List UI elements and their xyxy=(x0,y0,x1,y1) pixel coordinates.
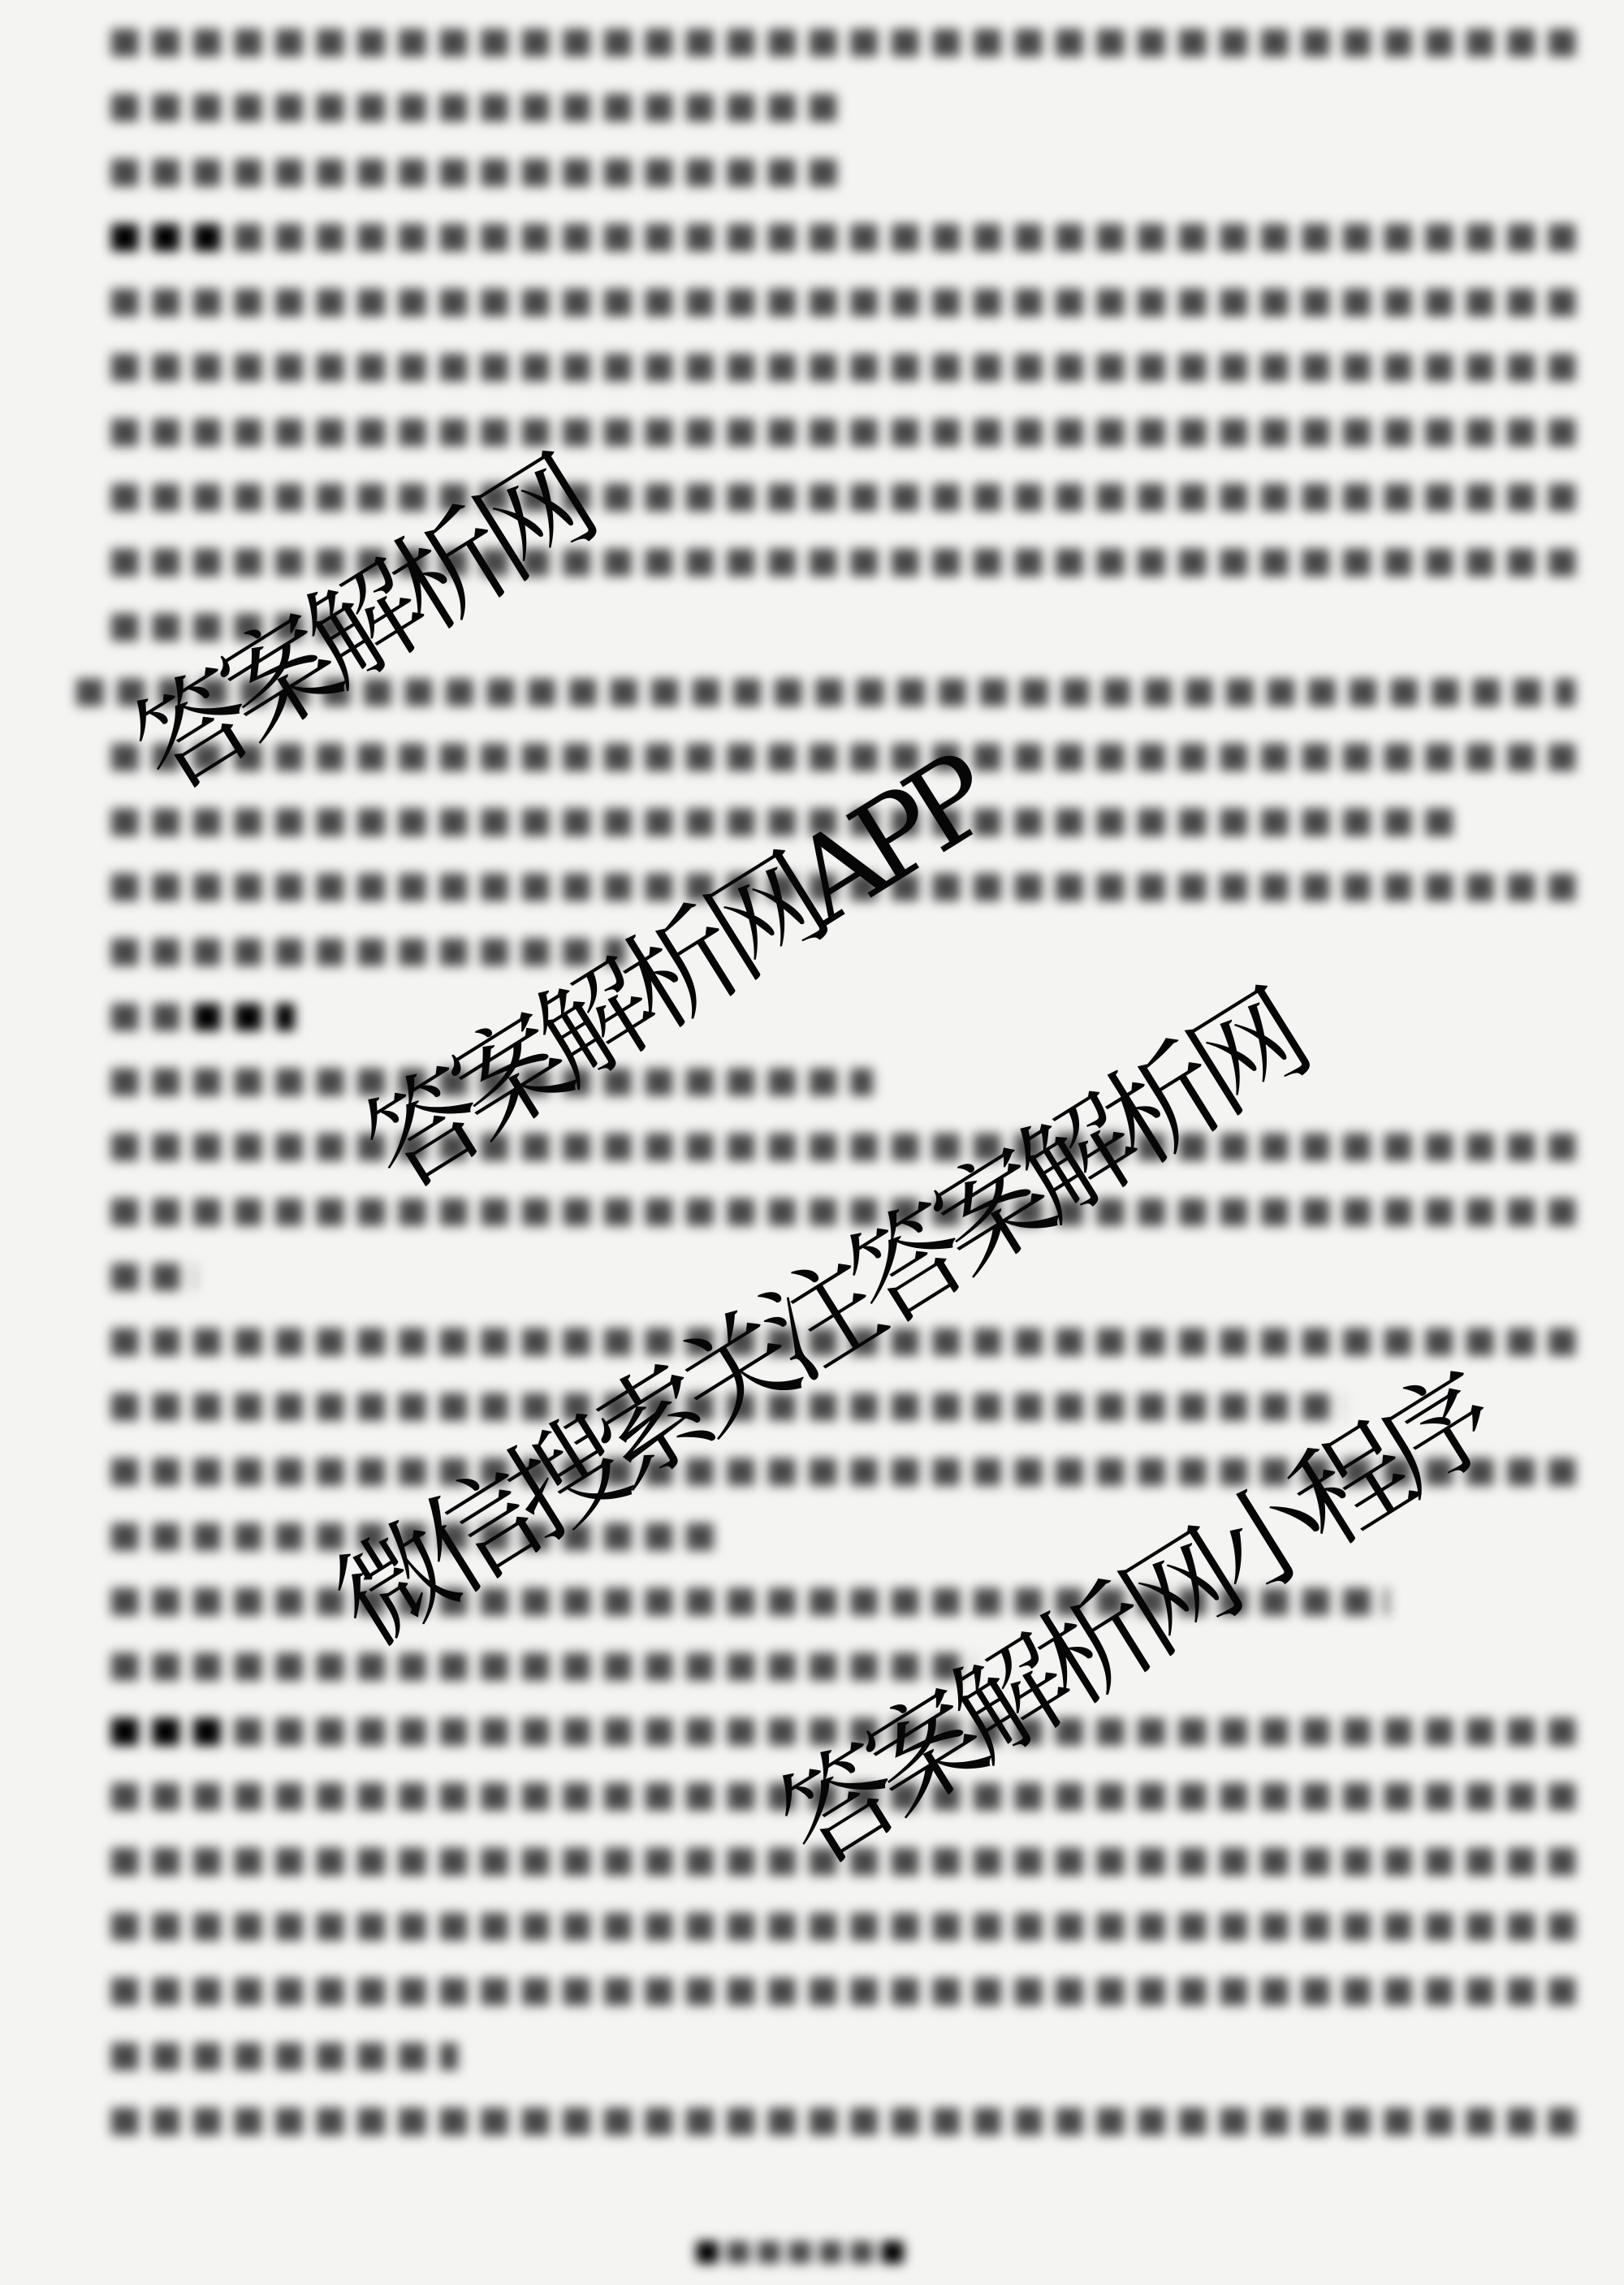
page-footer: ■■■■■■■ xyxy=(693,2231,931,2270)
blurred-text-line: ■■■■■■■■■■■■■■■■■■■■■■■■■■■■■■■■■■■■■■■■… xyxy=(108,797,1453,843)
blurred-text-line: ■■■■■■■■■■■■■■■■■■■■■■■■■■■■■■■■■■■■■■■■… xyxy=(108,343,1575,388)
blurred-text-line: ■■■■■■■■■■■■■■■■■■■■■■■■■■■■■■■■■■■■■■■■… xyxy=(108,1707,1575,1752)
blurred-text: ■■■■■■■■■■■■■■■■■■■■■■■■■■■■■■■■■■■■■■■■ xyxy=(108,1384,1344,1425)
blurred-text-line: ■■■■■■■■■■■■■■■■■■ xyxy=(108,927,625,973)
document-page: ■■■■■■■■■■■■■■■■■■■■■■■■■■■■■■■■■■■■■■■■… xyxy=(0,0,1624,2285)
blurred-text: ■■■■■■■■■■ xyxy=(108,604,352,646)
blurred-text: ■■■■■■■■■■■■■■■■■■■■■■■■■■■■■■■■■■■■■■■■… xyxy=(231,1708,1575,1750)
blurred-text: ■■■■■■■■■■■■■ xyxy=(108,2033,458,2075)
blurred-text: ■■■■■■■■■■■■■■■■■■■■■■■■■■■■■■■■■■■■■■■■… xyxy=(108,1903,1575,1945)
blurred-text: ■■■■■■■■■■■■■■■■■■■■■■■■■■■■■■■■■■■■■■■■… xyxy=(108,2098,1575,2140)
blurred-text-line: ■■■■■■■■■■■■■■■■■■■■■■■■■■■■■■■■■■■■■■■■… xyxy=(108,1837,1575,1882)
blurred-text: ■■■■■■■■■■■■■■■■■■■■■■■■■■■■■■■■■■■■■■■■… xyxy=(231,214,1575,256)
blurred-text-line: ■■■■■■■■■■■■■■■■■■■■■■■■■■■■■■■■■■■■■■■■… xyxy=(108,18,1575,63)
blurred-text-line: ■■■■■■■■■■■■■■■■■■■■■■■■■■■■■■■■■■■■■■■■… xyxy=(108,278,1575,323)
blurred-emphasis-text: ■ xyxy=(693,2234,724,2267)
blurred-text-line: ■■■■■■■■■■■■■■■■■■■■■■■■■ xyxy=(108,83,836,128)
blurred-text-line: ■■■■■■■■■■■■■■■■■■■■■■■■■■■■■■■■■■■■■■■■… xyxy=(108,408,1575,453)
blurred-text: ■■■■■■■■■■■■■■■■■■■■■■■■■■■■■■■■■■■■■■■■… xyxy=(108,1449,1575,1490)
blurred-text: ■■■■■■■■■■■■■■■■■■■■■■■■■■ xyxy=(108,1059,873,1100)
blurred-text-line: ■■■■■■■■■■■■■■■■■■■■■■■■■■ xyxy=(108,1057,873,1103)
blurred-text: ■■■■■■■■■■■■■■■■■■■■■■■■■■■■■■■■■■■■■■■■… xyxy=(108,474,1575,516)
blurred-text: ■■■■■ xyxy=(108,1254,195,1295)
blurred-text-line: ■■■■■■■■■■ xyxy=(108,603,352,648)
blurred-text: ■■■■■■■■■■■■■■■■■■■■■■■■■ xyxy=(108,149,844,191)
blurred-text-line: ■■■■■ xyxy=(108,1252,195,1298)
blurred-text-line: ■■■■■■■■■■■■■■■■■■■■■■■■■■■■■■■■■■■■■■■■… xyxy=(108,1967,1575,2012)
blurred-text: ■■■■■ xyxy=(724,2234,879,2267)
blurred-text: ■■ xyxy=(108,994,190,1035)
blurred-text: ■■■■■■■■■■■■■■■■■■■■■■■■■■■■■■■■■■■■■■■■… xyxy=(108,864,1575,905)
blurred-text-line: ■■■■■■■■■■■■■■■■■■■■■■■■■■■■■■■■■■■■■■■■… xyxy=(108,1902,1575,1947)
blurred-text-line: ■■■■■ xyxy=(108,992,295,1038)
blurred-text-line: ■■■■■■■■■■■■■■■■■■■■■■■■■ xyxy=(108,148,844,193)
blurred-text-line: ■■■■■■■■■■■■■■■■■■■■■■■■■■■■■■■■■■■■■■■■… xyxy=(108,862,1575,908)
blurred-text: ■■■■■■■■■■■■■■■■■■■■■■■■■■■■■■■■■■■■■■■■… xyxy=(108,1773,1575,1815)
blurred-text-layer: ■■■■■■■■■■■■■■■■■■■■■■■■■■■■■■■■■■■■■■■■… xyxy=(0,0,1624,2285)
blurred-text: ■■■■■■■■■■■■■■■■■■■■■■■■■■■■■ xyxy=(108,1644,974,1685)
blurred-text-line: ■■■■■■■■■■■■■■■■■■■■■■■■■■■■■■■■■■■■■■■■… xyxy=(108,1772,1575,1817)
blurred-text-line: ■■■■■■■■■■■■■■■■■■■■■■■■■■■■■■■■■■■■■■■■… xyxy=(108,213,1575,258)
blurred-text: ■■■■■■■■■■■■■■■■■■■■■■■■■■■■■■■■■■■■■■■■… xyxy=(108,539,1575,581)
blurred-text: ■■■■■■■■■■■■■■■■■■■■■■■■■■■■■■■■■■■■■■■■… xyxy=(108,1319,1575,1360)
blurred-text: ■■■■■■■■■■■■■■■■■■■■■■■■■■■■■■■■■■■■■■■■… xyxy=(108,1124,1575,1165)
blurred-text-line: ■■■■■■■■■■■■■■■■■■■■■■■■■■■■■■■■■■■■■■■■… xyxy=(108,1577,1389,1622)
blurred-text-line: ■■■■■■■■■■■■■■■■■■■■■■■■■■■■■■■■■■■■■■■■… xyxy=(108,1122,1575,1168)
blurred-text-line: ■■■■■■■■■■■■■ xyxy=(108,2032,458,2077)
blurred-text: ■■■■■■■■■■■■■■■■■■■■■■■■■■■■■■■■■■■■■■■■… xyxy=(108,279,1575,321)
blurred-text: ■■■■■■■■■■■■■■■■■■■■■■■■■■■■■■■■■■■■■■■■… xyxy=(108,344,1575,386)
blurred-text-line: ■■■■■■■■■■■■■■■■■■■■■■■■■■■■■■■■■■■■■■■■… xyxy=(108,1447,1575,1492)
blurred-text-line: ■■■■■■■■■■■■■■■■■■■■■■■■■■■■■■■■■■■■■■■■… xyxy=(108,473,1575,518)
blurred-emphasis-text: ■■■ xyxy=(190,994,295,1035)
blurred-text-line: ■■■■■■■■■■■■■■■■■■■■■■■■■■■■■■■■■■■■■■■■ xyxy=(108,1382,1344,1428)
blurred-text-line: ■■■■■■■■■■■■■■■■■■■■■■■■■■■■■■■■■■■■■■■■… xyxy=(108,538,1575,583)
blurred-text-line: ■■■■■■■■■■■■■■■■■■■■■■■■■■■■■■■■■■■■■■■■… xyxy=(108,732,1575,778)
blurred-text-line: ■■■■■■■■■■■■■■■■■■■■■■■■■■■■■■■■■■■■■■■■… xyxy=(108,1317,1575,1363)
blurred-text: ■■■■■■■■■■■■■■■■■■■■■■■■■■■■■■■■■■■■■■■■… xyxy=(108,1968,1575,2010)
blurred-text: ■■■■■■■■■■■■■■■■■■■■■■■■■■■■■■■■■■■■■■■■… xyxy=(108,1189,1575,1230)
blurred-text: ■■■■■■■■■■■■■■■■■■■■■■■■■■■■■■■■■■■■■■■■… xyxy=(108,734,1575,775)
blurred-text: ■■■■■■■■■■■■■■■■■■ xyxy=(108,929,625,970)
blurred-text-line: ■■■■■■■■■■■■■■■■■■■■■ xyxy=(108,1512,723,1557)
blurred-text: ■■■■■■■■■■■■■■■■■■■■■■■■■■■■■■■■■■■■■■■■… xyxy=(108,1838,1575,1880)
blurred-text: ■■■■■■■■■■■■■■■■■■■■■■■■■■■■■■■■■■■■■■■■… xyxy=(108,799,1453,840)
blurred-text: ■■■■■■■■■■■■■■■■■■■■■ xyxy=(108,1514,723,1555)
blurred-text: ■■■■■■■■■■■■■■■■■■■■■■■■■■■■■■■■■■■■■■■■… xyxy=(108,409,1575,451)
blurred-emphasis-text: ■ xyxy=(879,2234,909,2267)
blurred-text-line: ■■■■■■■■■■■■■■■■■■■■■■■■■■■■■ xyxy=(108,1642,974,1687)
blurred-text-line: ■■■■■■■■■■■■■■■■■■■■■■■■■■■■■■■■■■■■■■■■… xyxy=(108,1187,1575,1233)
blurred-emphasis-text: ■■■ xyxy=(108,1708,231,1750)
blurred-text-line: ■■■■■■■■■■■■■■■■■■■■■■■■■■■■■■■■■■■■■■■■… xyxy=(108,2097,1575,2142)
blurred-text-line: ■■■■■■■■■■■■■■■■■■■■■■■■■■■■■■■■■■■■■■■■… xyxy=(73,667,1575,713)
blurred-text: ■■■■■■■■■■■■■■■■■■■■■■■■■■■■■■■■■■■■■■■■… xyxy=(108,19,1575,61)
blurred-emphasis-text: ■■■ xyxy=(108,214,231,256)
blurred-text: ■■■■■■■■■■■■■■■■■■■■■■■■■■■■■■■■■■■■■■■■… xyxy=(108,1579,1389,1620)
blurred-text: ■■■■■■■■■■■■■■■■■■■■■■■■■ xyxy=(108,84,836,126)
blurred-text: ■■■■■■■■■■■■■■■■■■■■■■■■■■■■■■■■■■■■■■■■… xyxy=(73,669,1575,711)
